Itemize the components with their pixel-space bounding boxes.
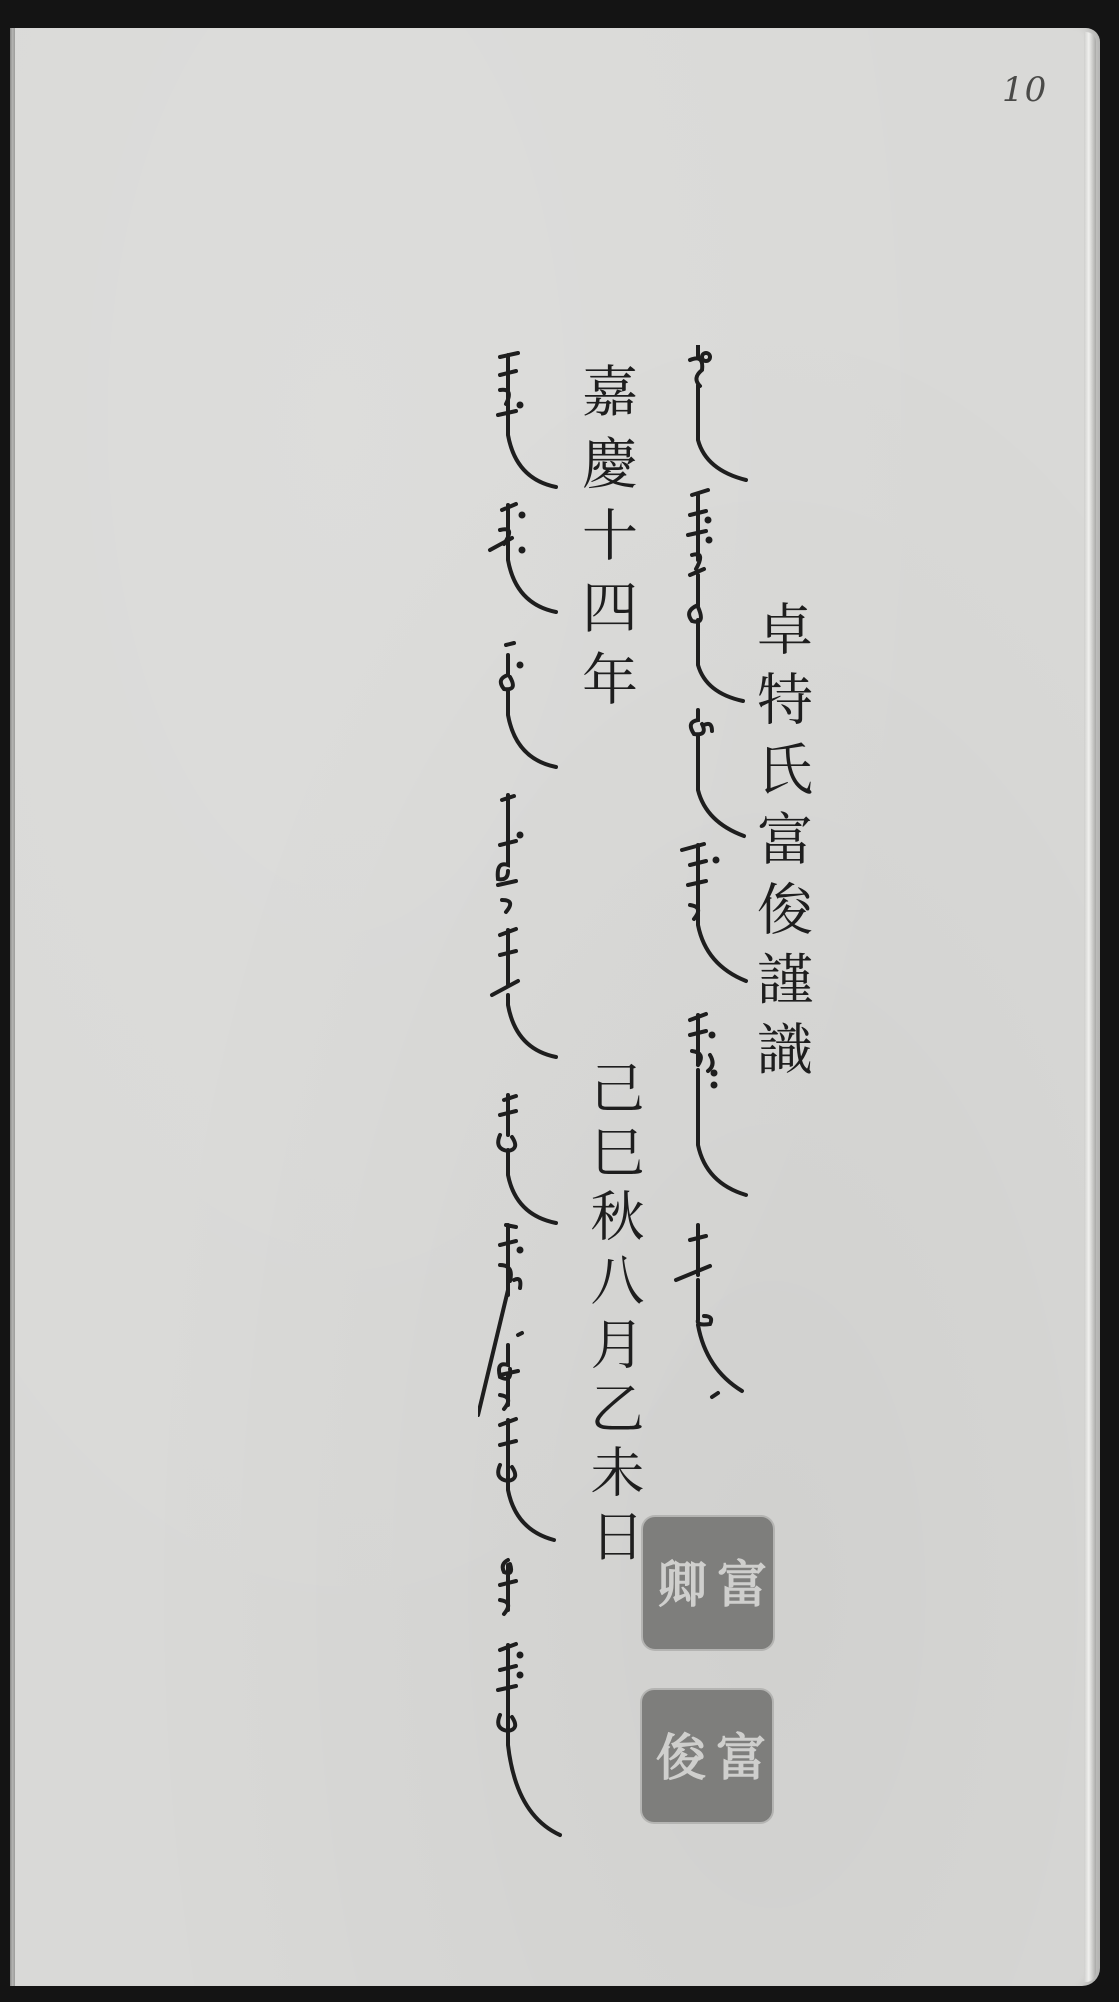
seal-top: 卿 富 xyxy=(643,1517,773,1649)
seal-bottom: 俊 富 xyxy=(642,1690,772,1822)
manchu-column-right xyxy=(668,345,738,1405)
seal-bottom-char-right: 富 xyxy=(709,1731,765,1781)
page-edge-curl xyxy=(1084,32,1096,1982)
seal-bottom-char-left: 俊 xyxy=(649,1731,705,1781)
seal-top-char-left: 卿 xyxy=(650,1558,706,1608)
manchu-script-icon xyxy=(478,345,568,1885)
date-column: 己巳秋八月乙未日 xyxy=(575,1060,652,1572)
signature-column: 卓特氏富俊謹識 xyxy=(740,600,820,1090)
manchu-script-icon xyxy=(668,345,748,1405)
seal-top-char-right: 富 xyxy=(710,1558,766,1608)
manchu-column-left xyxy=(478,345,548,1885)
reign-year-column: 嘉慶十四年 xyxy=(565,362,645,722)
page-number: 10 xyxy=(1002,70,1047,110)
binding-edge xyxy=(10,28,15,1986)
